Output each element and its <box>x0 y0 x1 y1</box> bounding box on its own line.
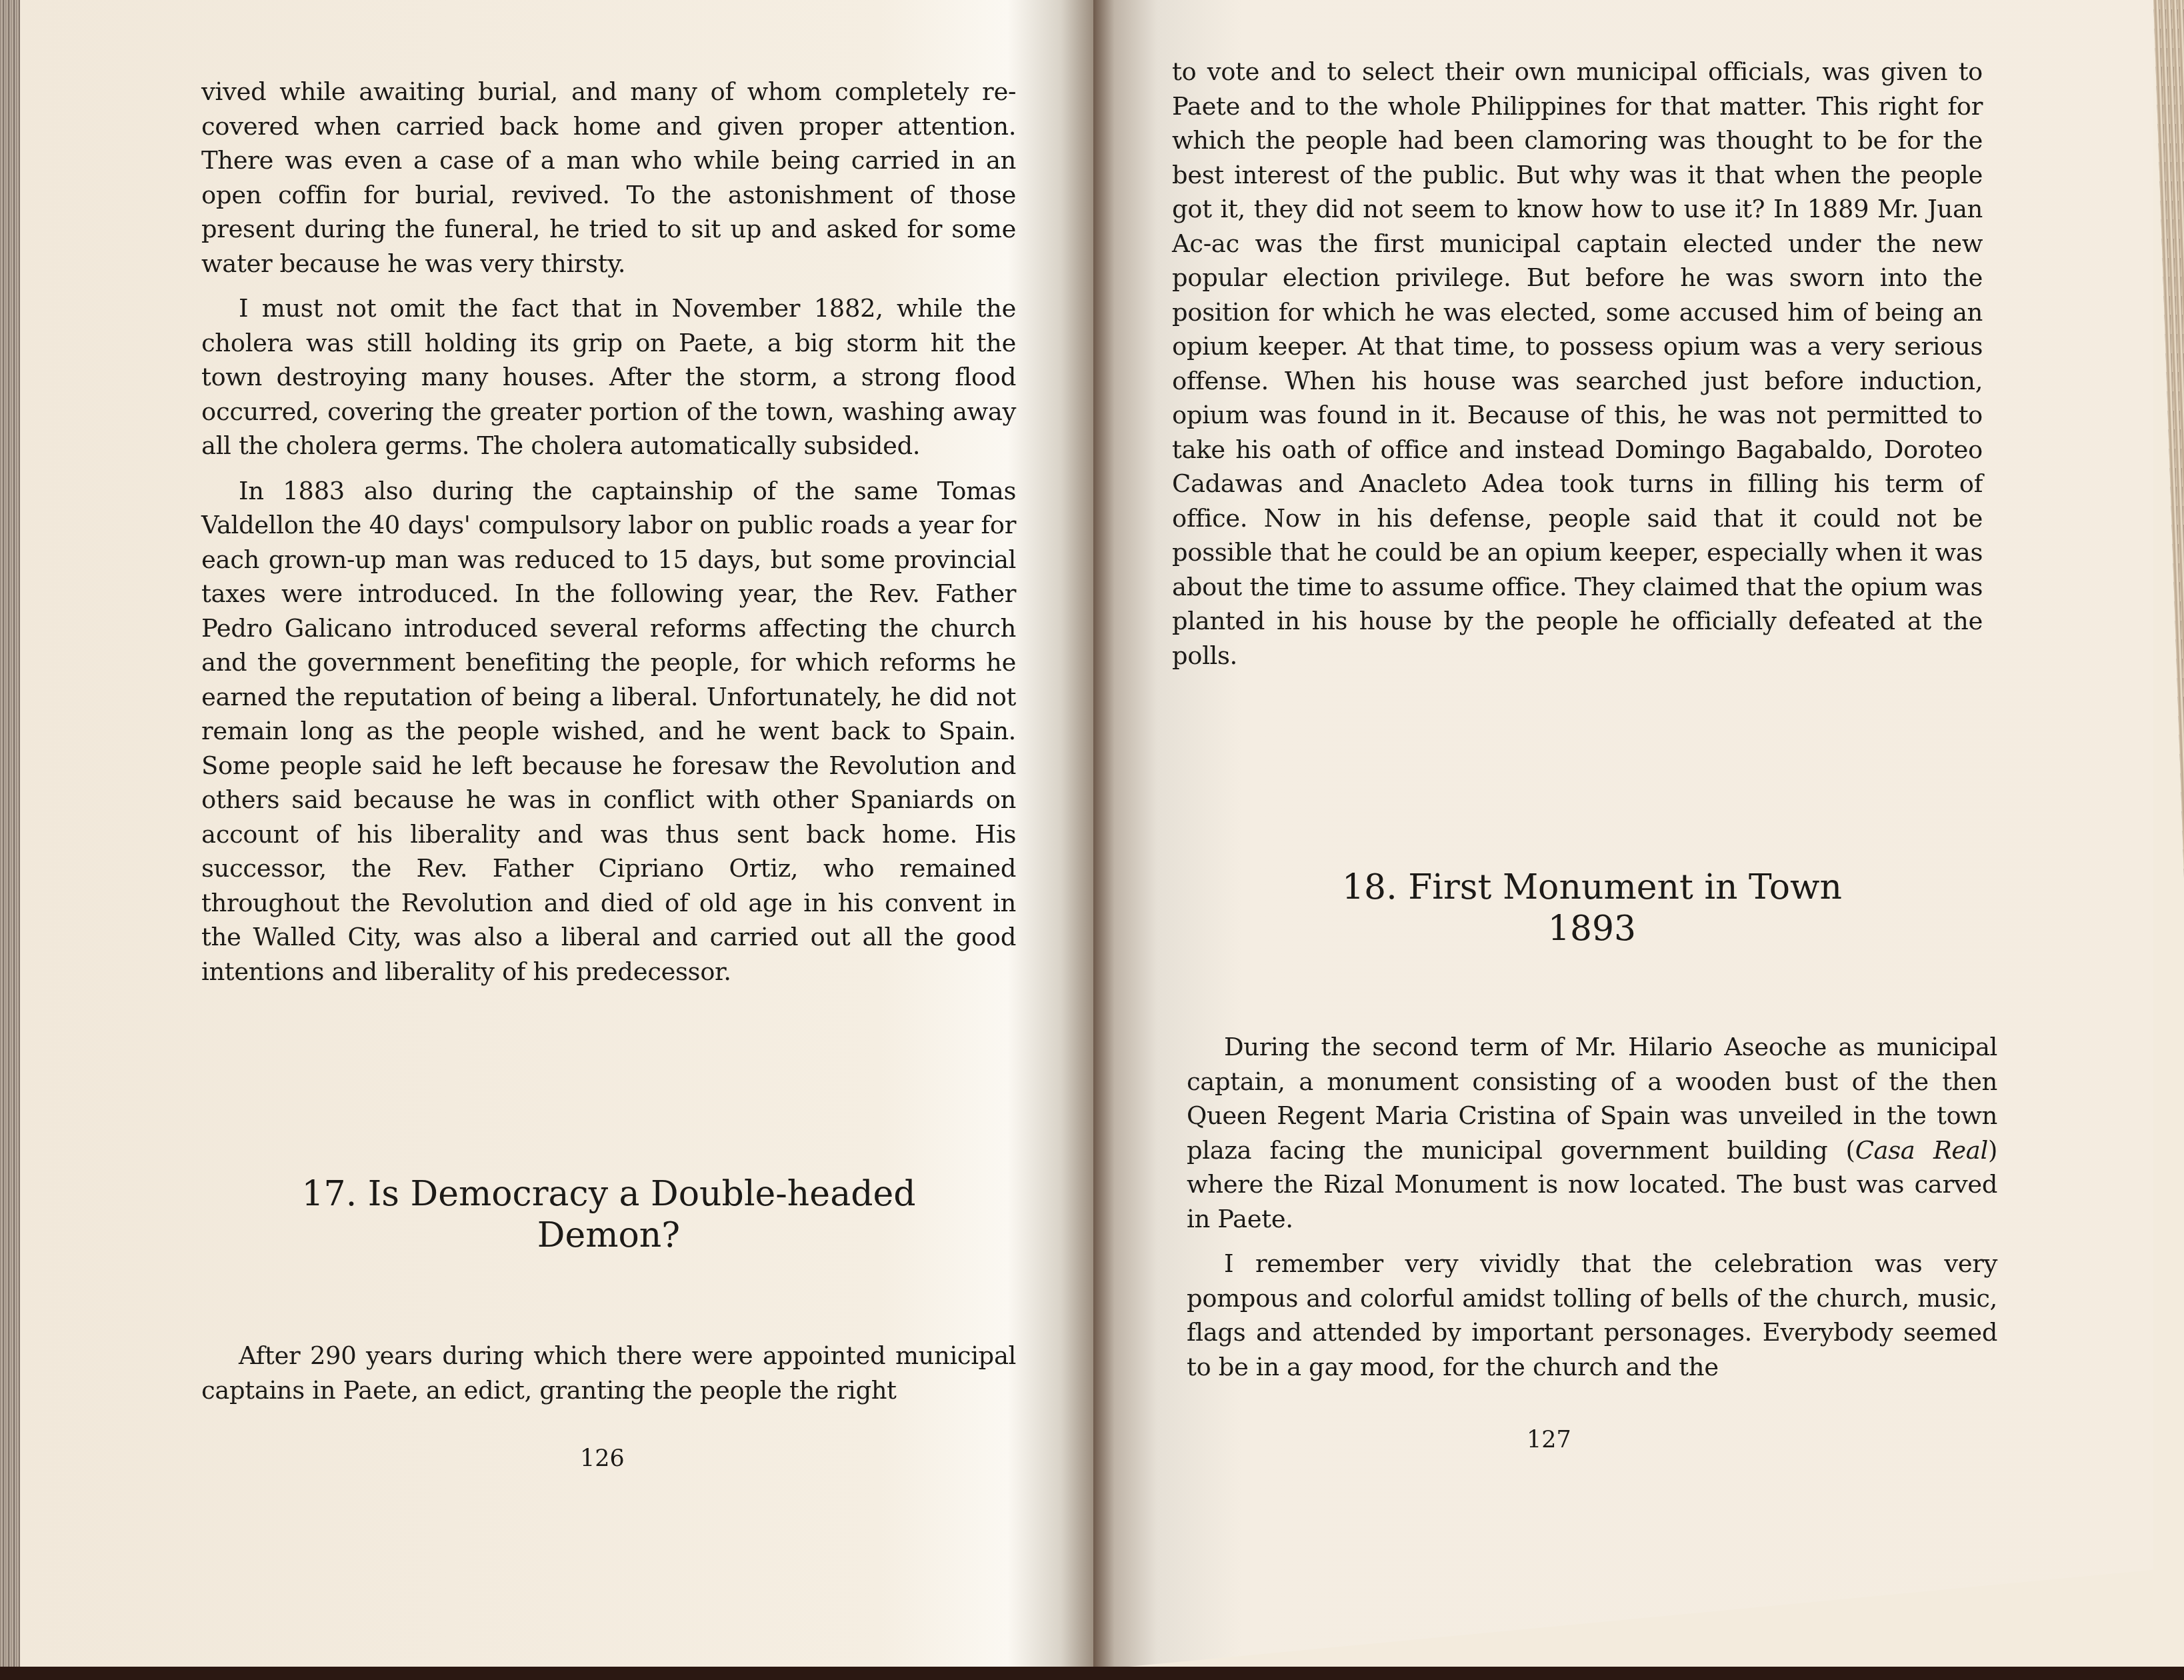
paragraph: to vote and to select their own municipa… <box>1172 55 1983 673</box>
chapter-17-heading: 17. Is Democracy a Double-headed Demon? <box>201 1173 1016 1256</box>
page-number: 126 <box>580 1445 625 1472</box>
page-number: 127 <box>1527 1427 1571 1453</box>
right-page: to vote and to select their own municipa… <box>1093 0 2153 1670</box>
left-page-body-top: vived while awaiting burial, and many of… <box>201 75 1016 999</box>
left-page: vived while awaiting burial, and many of… <box>20 0 1093 1670</box>
chapter-title-line-1: 17. Is Democracy a Double-headed <box>201 1173 1016 1215</box>
paragraph: vived while awaiting burial, and many of… <box>201 75 1016 281</box>
paragraph: During the second term of Mr. Hilario As… <box>1187 1030 1997 1236</box>
left-page-body-bottom: After 290 years during which there were … <box>201 1339 1016 1418</box>
chapter-title-line-1: 18. First Monument in Town <box>1187 867 1997 908</box>
paragraph: I must not omit the fact that in Novembe… <box>201 291 1016 463</box>
chapter-18-heading: 18. First Monument in Town 1893 <box>1187 867 1997 949</box>
book-bottom-shadow <box>0 1667 2184 1680</box>
chapter-title-line-2: 1893 <box>1187 908 1997 949</box>
italic-term-casa-real: Casa Real <box>1855 1136 1988 1165</box>
paragraph: After 290 years during which there were … <box>201 1339 1016 1407</box>
page-stack-edge-left <box>0 0 20 1680</box>
paragraph: In 1883 also during the captainship of t… <box>201 474 1016 989</box>
chapter-title-line-2: Demon? <box>201 1215 1016 1256</box>
paragraph: I remember very vividly that the celebra… <box>1187 1247 1997 1384</box>
book-spread: vived while awaiting burial, and many of… <box>0 0 2184 1680</box>
page-stack-edge-right <box>2153 0 2184 1680</box>
right-page-body-mid: During the second term of Mr. Hilario As… <box>1187 1030 1997 1395</box>
right-page-body-top: to vote and to select their own municipa… <box>1172 55 1983 683</box>
